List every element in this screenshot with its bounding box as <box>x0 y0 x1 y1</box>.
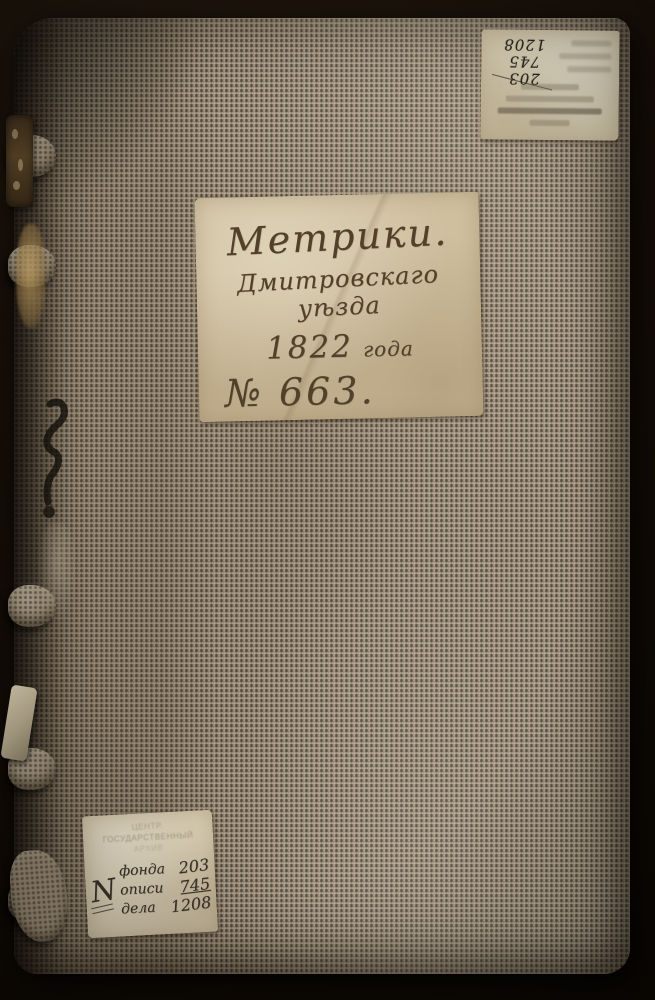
faded-stamp-bleed <box>545 40 611 73</box>
opis-word: описи <box>120 880 164 899</box>
archive-numbers: N фонда 203 описи 745 дела 1208 <box>84 857 217 921</box>
leather-fragment <box>6 115 33 207</box>
archive-label-top-right: 203 745 1208 <box>480 29 619 140</box>
number-sign: N <box>89 875 119 908</box>
faded-stamp-lines <box>495 83 605 126</box>
worn-patch <box>16 224 46 328</box>
title-line-year: 1822года <box>198 326 483 368</box>
ink-mark <box>28 398 72 548</box>
title-label: Метрики. Дмитровскаго уѣзда 1822года № 6… <box>194 192 483 422</box>
fond-word: фонда <box>119 861 166 880</box>
archive-number-rows: фонда 203 описи 745 дела 1208 <box>119 857 212 919</box>
book-cover: Метрики. Дмитровскаго уѣзда 1822года № 6… <box>14 18 630 974</box>
photo-backdrop: Метрики. Дмитровскаго уѣзда 1822года № 6… <box>0 0 655 1000</box>
archive-stamp: ЦЕНТР. ГОСУДАРСТВЕННЫЙ АРХИВ <box>82 819 213 857</box>
year-value: 1822 <box>266 329 354 367</box>
archive-label-bottom-left: ЦЕНТР. ГОСУДАРСТВЕННЫЙ АРХИВ N фонда 203… <box>82 810 218 939</box>
year-word: года <box>363 336 414 361</box>
title-line-uyezd: Дмитровскаго уѣзда <box>195 258 481 328</box>
title-line-metriki: Метрики. <box>195 208 481 266</box>
delo-word: дела <box>121 900 156 919</box>
delo-number: 1208 <box>170 893 212 915</box>
spine-fray <box>8 848 70 944</box>
title-line-number: № 663. <box>198 366 483 416</box>
